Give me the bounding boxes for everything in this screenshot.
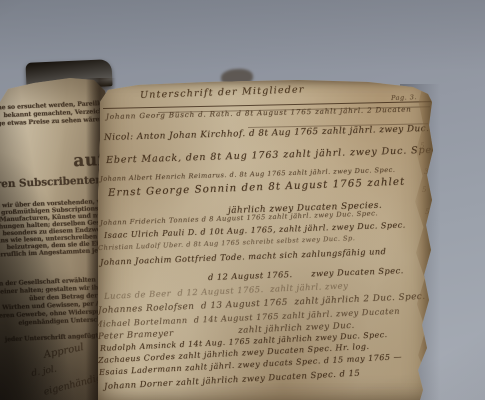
photo-of-open-ledger-book: Sache so ersuchet werden, Pareille bekan… — [0, 0, 485, 400]
ledger-entry: Ebert Maack, den 8t Aug 1763 zahlt jährl… — [106, 144, 434, 166]
page-heading: Unterschrift der Mitglieder — [140, 84, 305, 101]
left-handwritten-note: d. jol. — [30, 364, 57, 378]
left-handwritten-note: Approul — [42, 342, 84, 361]
ledger-entry: d 12 August 1765. zwey Ducaten Spec. — [208, 265, 404, 282]
right-handwritten-page: Unterschrift der Mitglieder Pag. 3. Joha… — [98, 80, 434, 400]
